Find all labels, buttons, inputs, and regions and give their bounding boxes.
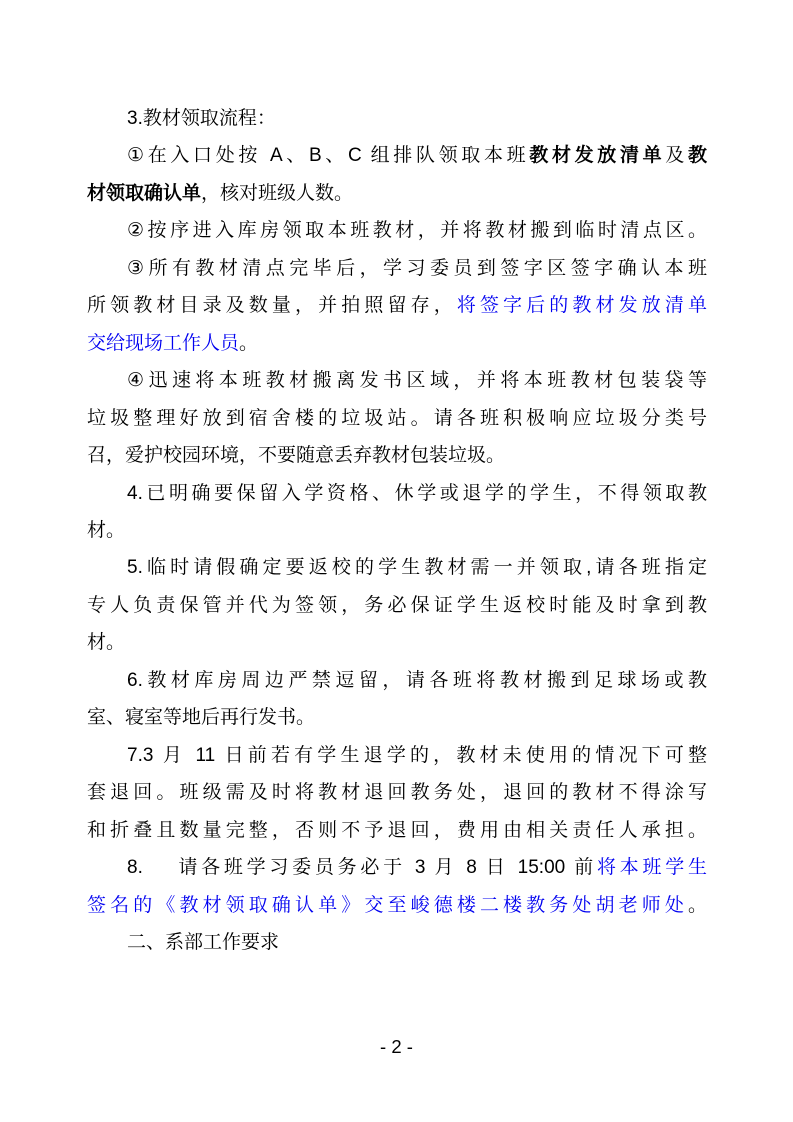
emphasis-text: 签名的《教材领取确认单》交至峻德楼二楼教务处胡老师处 bbox=[87, 895, 688, 916]
body-text: 及 bbox=[665, 145, 688, 166]
text-line: 签名的《教材领取确认单》交至峻德楼二楼教务处胡老师处。 bbox=[87, 887, 707, 924]
body-text: ①在入口处按 A、B、C 组排队领取本班 bbox=[127, 145, 529, 166]
text-line: 二、系部工作要求 bbox=[87, 924, 707, 961]
body-text: 召，爱护校园环境，不要随意丢弃教材包装垃圾。 bbox=[87, 445, 505, 466]
text-line: 材。 bbox=[87, 624, 707, 661]
text-line: 垃圾整理好放到宿舍楼的垃圾站。请各班积极响应垃圾分类号 bbox=[87, 400, 707, 437]
body-text: 8. 请各班学习委员务必于 3 月 8 日 15:00 前 bbox=[127, 857, 597, 878]
bold-text: 材领取确认单 bbox=[87, 183, 201, 204]
text-line: 所领教材目录及数量，并拍照留存，将签字后的教材发放清单 bbox=[87, 287, 707, 324]
bold-text: 教材发放清单 bbox=[529, 145, 665, 166]
body-text: 。 bbox=[688, 895, 707, 916]
text-line: 专人负责保管并代为签领，务必保证学生返校时能及时拿到教 bbox=[87, 587, 707, 624]
emphasis-text: 将签字后的教材发放清单 bbox=[457, 295, 707, 316]
emphasis-text: 交给现场工作人员 bbox=[87, 333, 239, 354]
body-text: 。 bbox=[239, 333, 258, 354]
body-text: ③所有教材清点完毕后，学习委员到签字区签字确认本班 bbox=[127, 258, 707, 279]
document-body: 3.教材领取流程：①在入口处按 A、B、C 组排队领取本班教材发放清单及教材领取… bbox=[87, 100, 707, 961]
text-line: 8. 请各班学习委员务必于 3 月 8 日 15:00 前将本班学生 bbox=[87, 849, 707, 886]
text-line: 5.临时请假确定要返校的学生教材需一并领取,请各班指定 bbox=[87, 549, 707, 586]
body-text: 和折叠且数量完整，否则不予退回，费用由相关责任人承担。 bbox=[87, 820, 707, 841]
text-line: ①在入口处按 A、B、C 组排队领取本班教材发放清单及教 bbox=[87, 137, 707, 174]
text-line: 6.教材库房周边严禁逗留，请各班将教材搬到足球场或教 bbox=[87, 662, 707, 699]
text-line: 材领取确认单，核对班级人数。 bbox=[87, 175, 707, 212]
text-line: 召，爱护校园环境，不要随意丢弃教材包装垃圾。 bbox=[87, 437, 707, 474]
body-text: 3.教材领取流程： bbox=[127, 108, 276, 129]
document-page: 3.教材领取流程：①在入口处按 A、B、C 组排队领取本班教材发放清单及教材领取… bbox=[0, 0, 793, 1122]
body-text: 7.3 月 11 日前若有学生退学的，教材未使用的情况下可整 bbox=[127, 745, 707, 766]
bold-text: 教 bbox=[688, 145, 707, 166]
text-line: 3.教材领取流程： bbox=[87, 100, 707, 137]
text-line: 材。 bbox=[87, 512, 707, 549]
text-line: ④迅速将本班教材搬离发书区域，并将本班教材包装袋等 bbox=[87, 362, 707, 399]
body-text: 专人负责保管并代为签领，务必保证学生返校时能及时拿到教 bbox=[87, 595, 707, 616]
text-line: 7.3 月 11 日前若有学生退学的，教材未使用的情况下可整 bbox=[87, 737, 707, 774]
body-text: 材。 bbox=[87, 520, 125, 541]
text-line: 室、寝室等地后再行发书。 bbox=[87, 699, 707, 736]
text-line: ③所有教材清点完毕后，学习委员到签字区签字确认本班 bbox=[87, 250, 707, 287]
text-line: 套退回。班级需及时将教材退回教务处，退回的教材不得涂写 bbox=[87, 774, 707, 811]
body-text: 垃圾整理好放到宿舍楼的垃圾站。请各班积极响应垃圾分类号 bbox=[87, 408, 707, 429]
body-text: 材。 bbox=[87, 632, 125, 653]
body-text: 所领教材目录及数量，并拍照留存， bbox=[87, 295, 457, 316]
body-text: ④迅速将本班教材搬离发书区域，并将本班教材包装袋等 bbox=[127, 370, 707, 391]
emphasis-text: 将本班学生 bbox=[597, 857, 707, 878]
body-text: 6.教材库房周边严禁逗留，请各班将教材搬到足球场或教 bbox=[127, 670, 707, 691]
body-text: 二、系部工作要求 bbox=[127, 932, 279, 953]
text-line: 4.已明确要保留入学资格、休学或退学的学生，不得领取教 bbox=[87, 475, 707, 512]
body-text: 套退回。班级需及时将教材退回教务处，退回的教材不得涂写 bbox=[87, 782, 707, 803]
body-text: 室、寝室等地后再行发书。 bbox=[87, 707, 315, 728]
page-number: - 2 - bbox=[0, 1036, 793, 1058]
body-text: 4.已明确要保留入学资格、休学或退学的学生，不得领取教 bbox=[127, 483, 707, 504]
text-line: 和折叠且数量完整，否则不予退回，费用由相关责任人承担。 bbox=[87, 812, 707, 849]
text-line: 交给现场工作人员。 bbox=[87, 325, 707, 362]
body-text: 5.临时请假确定要返校的学生教材需一并领取,请各班指定 bbox=[127, 557, 707, 578]
body-text: ，核对班级人数。 bbox=[201, 183, 353, 204]
text-line: ②按序进入库房领取本班教材，并将教材搬到临时清点区。 bbox=[87, 212, 707, 249]
body-text: ②按序进入库房领取本班教材，并将教材搬到临时清点区。 bbox=[127, 220, 707, 241]
